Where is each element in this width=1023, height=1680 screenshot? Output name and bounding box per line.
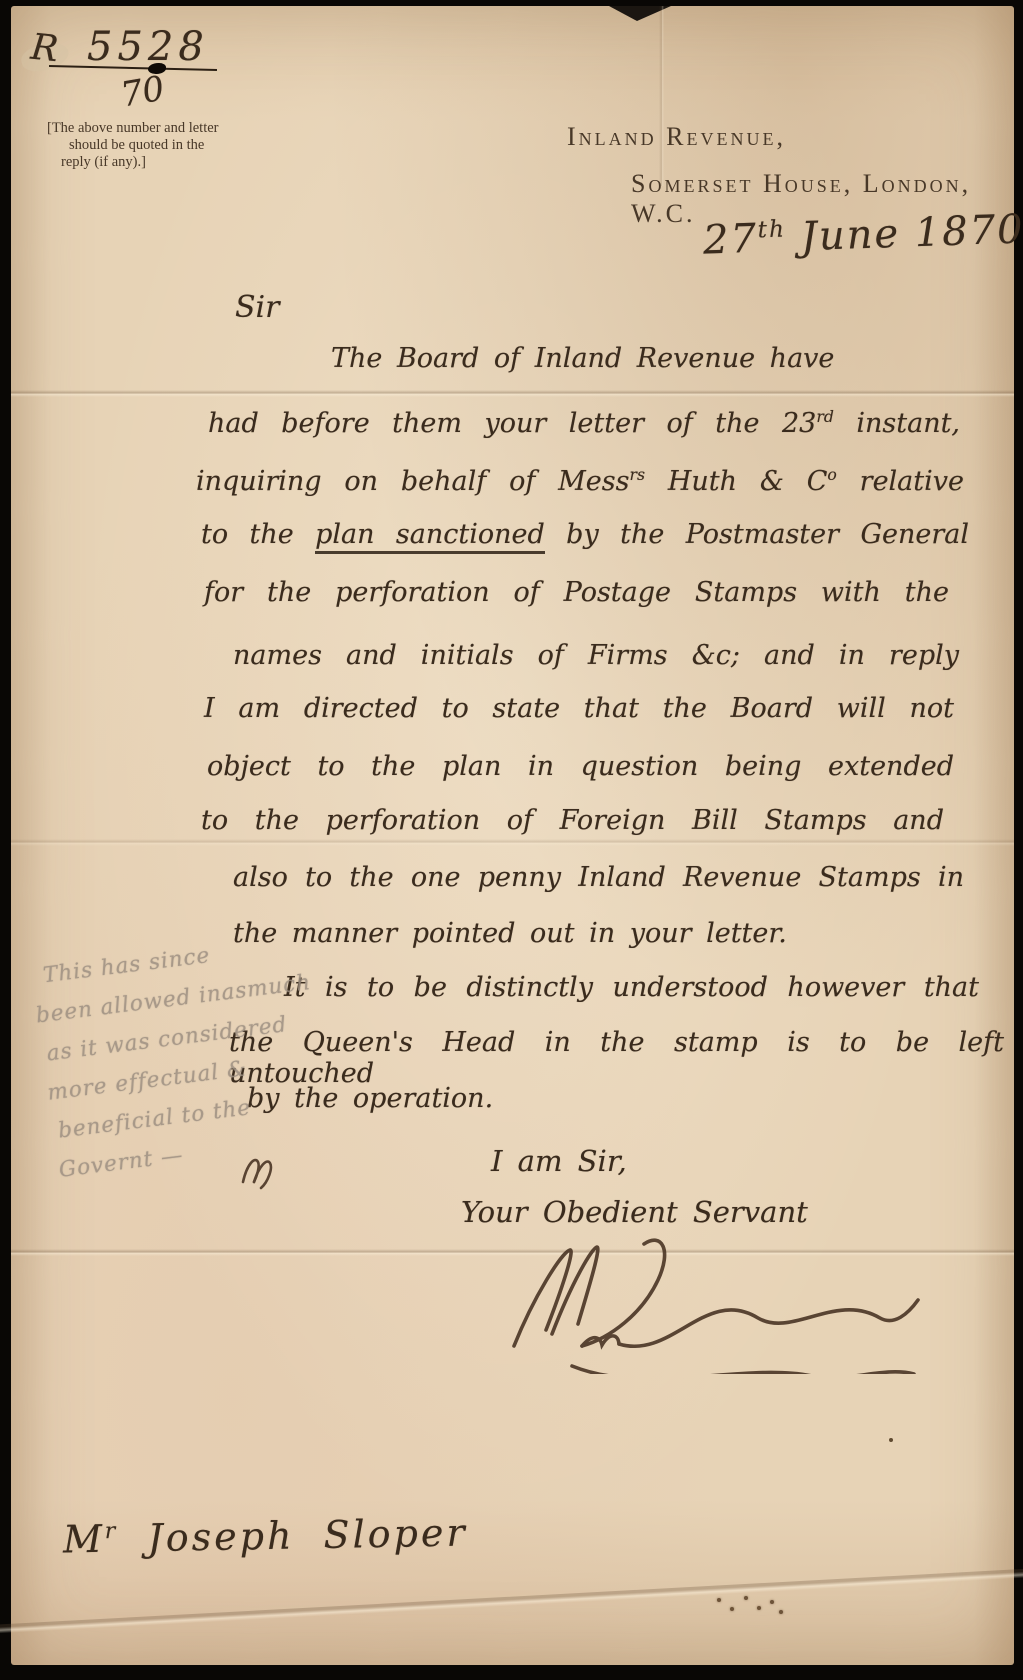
body-text: by the Postmaster General [545,519,969,550]
reference-note-line: should be quoted in the [47,137,247,154]
letter-date: 27th June 1870 [702,206,1023,263]
body-text: instant, [834,408,960,439]
fold-crease-vertical [659,6,664,186]
addressee-name: Mr Joseph Sloper [63,1510,468,1561]
addressee-title: M [63,1517,106,1562]
body-line-11: the manner pointed out in your letter. [233,918,787,949]
body-line-1: The Board of Inland Revenue have [331,343,959,374]
body-line-9: to the perforation of Foreign Bill Stamp… [201,805,944,836]
pencil-annotation: This has since been allowed inasmuch as … [29,924,332,1190]
reference-year: 70 [118,69,168,116]
date-suffix: th [757,215,786,243]
body-text: Huth & C [645,466,827,497]
salutation: Sir [235,290,280,325]
fold-crease-middle [11,839,1014,846]
reference-note-line: [The above number and letter [47,120,247,137]
closing-line-1: I am Sir, [491,1144,627,1178]
scanned-letter-page: R 5528 70 [The above number and letter s… [0,0,1023,1680]
letter-paper: R 5528 70 [The above number and letter s… [11,6,1014,1665]
reference-note-line: reply (if any).] [47,154,247,171]
body-line-2: had before them your letter of the 23rd … [208,407,960,439]
fold-crease-upper [11,390,1014,397]
signature-flourish [476,1234,936,1374]
body-text: inquiring on behalf of Mess [196,466,629,497]
reference-prefix: R [29,27,60,71]
body-line-13: the Queen's Head in the stamp is to be l… [229,1027,1004,1089]
body-line-10: also to the one penny Inland Revenue Sta… [233,862,964,893]
body-line-12: It is to be distinctly understood howeve… [284,972,979,1003]
date-day: 27 [702,216,758,264]
addressee-fullname: Joseph Sloper [118,1510,468,1560]
body-line-4: to the plan sanctioned by the Postmaster… [201,519,969,550]
body-line-6: names and initials of Firms &c; and in r… [233,640,959,671]
reference-instruction-note: [The above number and letter should be q… [47,120,247,171]
pin-perforation-hole [779,1610,783,1614]
body-text: to the [201,519,315,550]
body-line-5: for the perforation of Postage Stamps wi… [204,577,949,608]
superscript: o [827,465,836,484]
pin-perforation-hole [730,1607,734,1611]
superscript: rd [816,407,834,426]
body-text: relative [837,466,964,497]
pin-perforation-hole [770,1600,774,1604]
clerk-initials-monogram [237,1150,281,1194]
body-text: had before them your letter of the 23 [208,408,816,439]
superscript: rs [629,465,645,484]
reference-number: 5528 [87,24,209,70]
fold-crease-bottom-diagonal [0,1562,1023,1636]
addressee-title-suffix: r [105,1519,119,1544]
pin-perforation-hole [744,1596,748,1600]
underlined-phrase-plan-sanctioned: plan sanctioned [315,519,545,554]
closing-line-2: Your Obedient Servant [461,1195,808,1229]
date-month-year: June 1870 [785,206,1023,260]
pin-perforation-hole [757,1606,761,1610]
letterhead-organisation: Inland Revenue, [567,122,786,152]
pin-perforation-hole [717,1598,721,1602]
body-line-7: I am directed to state that the Board wi… [204,693,954,724]
body-line-3: inquiring on behalf of Messrs Huth & Co … [196,465,964,497]
body-line-8: object to the plan in question being ext… [207,751,954,782]
paper-speck [889,1438,893,1442]
